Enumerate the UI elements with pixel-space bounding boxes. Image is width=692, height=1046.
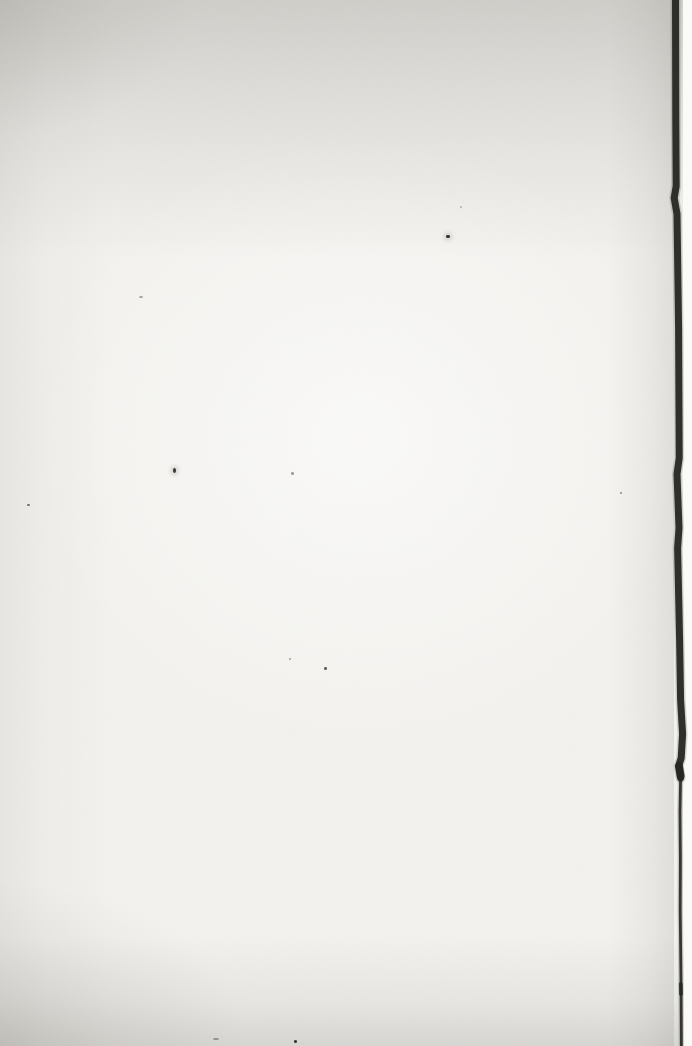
dust-speck: [446, 235, 450, 238]
dust-speck: [139, 296, 143, 298]
dust-speck: [460, 206, 462, 208]
dust-speck: [289, 658, 291, 660]
paper-grain-texture: [0, 0, 692, 1046]
dust-speck: [620, 492, 622, 494]
binding-curvature-shadow: [608, 0, 674, 1046]
dust-speck: [291, 472, 294, 475]
scanned-blank-page: [0, 0, 692, 1046]
dust-speck: [324, 667, 327, 670]
binding-line-knot: [679, 766, 681, 776]
binding-line-thin: [680, 778, 681, 1046]
dust-speck: [173, 468, 176, 473]
binding-line-halo-thick: [674, 0, 682, 778]
dust-specks-layer: [0, 0, 692, 1046]
binding-line-thick: [674, 0, 682, 778]
binding-line-halo-thin: [680, 778, 681, 1046]
dust-speck: [213, 1038, 219, 1040]
dust-speck: [27, 504, 30, 506]
paper-shading: [0, 0, 692, 1046]
page-edge-right-margin: [683, 0, 692, 1046]
dust-speck: [294, 1040, 297, 1043]
book-binding-edge-line: [0, 0, 692, 1046]
